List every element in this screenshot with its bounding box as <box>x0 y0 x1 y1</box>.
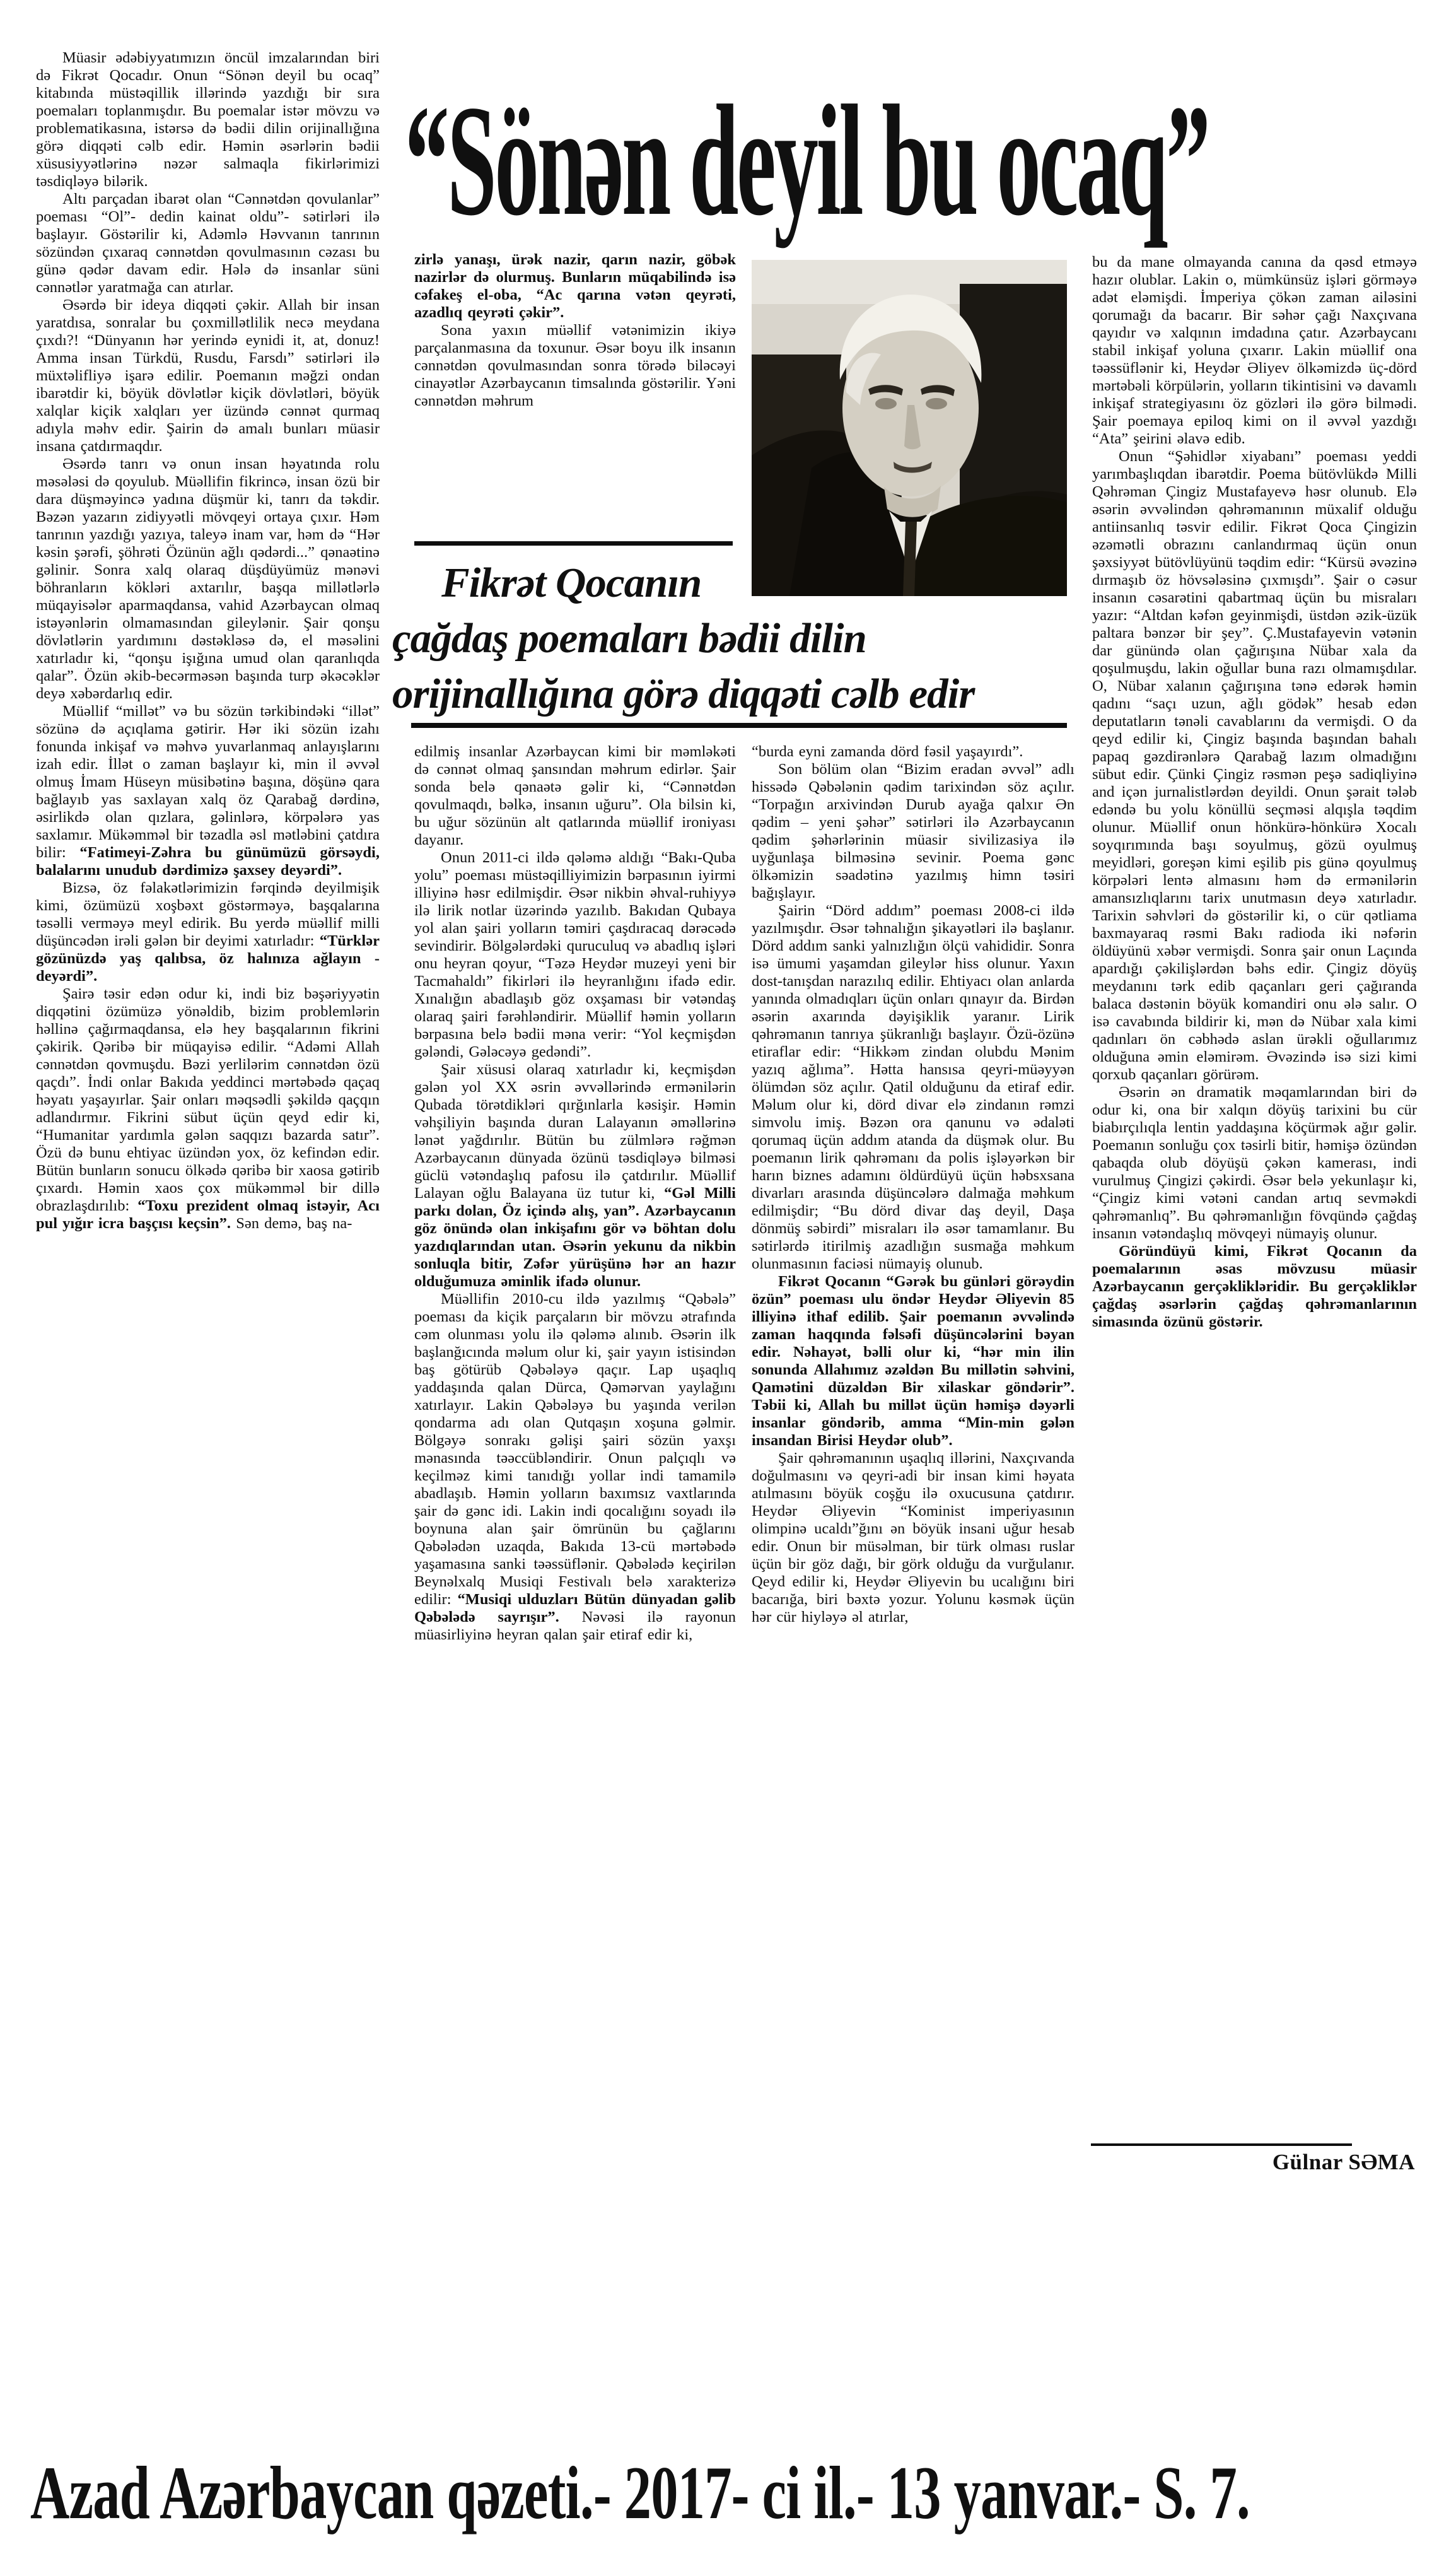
article-headline: “Sönən deyil bu ocaq” <box>405 81 1332 264</box>
signature-rule <box>1091 2143 1352 2146</box>
portrait-photo-image <box>752 260 1067 596</box>
paragraph: Fikrət Qocanın “Gərək bu günləri görəydi… <box>752 1273 1075 1450</box>
article-subheadline: Fikrət Qocanın çağdaş poemaları bədii di… <box>392 555 1073 722</box>
author-signature: Gülnar SƏMA <box>1092 2150 1415 2175</box>
paragraph: Əsərdə bir ideya diqqəti çəkir. Allah bi… <box>36 296 380 455</box>
paragraph: bu da mane olmayanda canına da qəsd etmə… <box>1092 254 1417 448</box>
subheadline-line-3: orijinallığına görə diqqəti cəlb edir <box>392 666 1073 722</box>
paragraph: Müəllif “millət” və bu sözün tərkibindək… <box>36 703 380 879</box>
paragraph: Şairin “Dörd addım” poeması 2008-ci ildə… <box>752 902 1075 1273</box>
article-column-1: Müasir ədəbiyyatımızın öncül imzalarında… <box>36 49 380 2112</box>
paragraph: edilmiş insanlar Azərbaycan kimi bir məm… <box>414 743 736 849</box>
subheadline-line-1: Fikrət Qocanın <box>392 555 1073 611</box>
headline-text: “Sönən deyil bu ocaq” <box>405 81 1208 240</box>
subheadline-bottom-rule <box>411 723 1067 728</box>
paragraph: Müasir ədəbiyyatımızın öncül imzalarında… <box>36 49 380 190</box>
paragraph: Son bölüm olan “Bizim eradan əvvəl” adlı… <box>752 761 1075 902</box>
paragraph: zirlə yanaşı, ürək nazir, qarın nazir, g… <box>414 251 736 322</box>
article-column-4: bu da mane olmayanda canına da qəsd etmə… <box>1092 254 1417 2141</box>
paragraph: Əsərin ən dramatik məqamlarından biri də… <box>1092 1084 1417 1243</box>
portrait-photo <box>752 260 1067 596</box>
paragraph: Onun “Şəhidlər xiyabanı” poeması yeddi y… <box>1092 448 1417 1084</box>
paragraph: Onun 2011-ci ildə qələmə aldığı “Bakı-Qu… <box>414 849 736 1061</box>
footer-citation-text: Azad Azərbaycan qəzeti.- 2017- ci il.- 1… <box>30 2455 1250 2531</box>
paragraph: Şair xüsusi olaraq xatırladır ki, keçmiş… <box>414 1061 736 1291</box>
article-column-2: edilmiş insanlar Azərbaycan kimi bir məm… <box>414 743 736 2106</box>
paragraph: Göründüyü kimi, Fikrət Qocanın da poemal… <box>1092 1243 1417 1331</box>
article-column-3: “burda eyni zamanda dörd fəsil yaşayırdı… <box>752 743 1075 2106</box>
footer-citation: Azad Azərbaycan qəzeti.- 2017- ci il.- 1… <box>30 2455 1455 2531</box>
subheadline-top-rule <box>414 541 733 546</box>
article-column-2-top: zirlə yanaşı, ürək nazir, qarın nazir, g… <box>414 251 736 541</box>
paragraph: Altı parçadan ibarət olan “Cənnətdən qov… <box>36 190 380 296</box>
paragraph: Şairə təsir edən odur ki, indi biz bəşər… <box>36 985 380 1233</box>
paragraph: Sona yaxın müəllif vətənimizin ikiyə par… <box>414 322 736 410</box>
paragraph: Müəllifin 2010-cu ildə yazılmış “Qəbələ”… <box>414 1291 736 1644</box>
paragraph: Əsərdə tanrı və onun insan həyatında rol… <box>36 455 380 703</box>
paragraph: “burda eyni zamanda dörd fəsil yaşayırdı… <box>752 743 1075 761</box>
newspaper-page: { "article": { "headline": "“Sönən deyil… <box>0 0 1456 2561</box>
subheadline-line-2: çağdaş poemaları bədii dilin <box>392 611 1073 666</box>
paragraph: Şair qəhrəmanının uşaqlıq illərini, Naxç… <box>752 1450 1075 1626</box>
paragraph: Bizsə, öz fəlakətlərimizin fərqində deyi… <box>36 879 380 985</box>
